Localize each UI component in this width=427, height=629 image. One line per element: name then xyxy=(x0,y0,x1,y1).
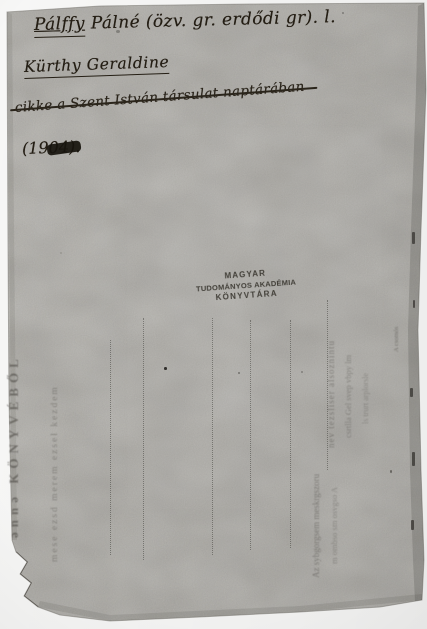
ink-speck xyxy=(116,30,120,33)
ink-speck xyxy=(203,96,206,98)
bleed-right-col-3: ls trurt arplorsle xyxy=(361,324,370,424)
ink-speck xyxy=(164,367,167,370)
ink-speck xyxy=(301,371,303,373)
bleed-right-edge-note: A csomós xyxy=(393,312,400,352)
bleed-right-col-4: Az sybgorgsem meskrgszoru xyxy=(311,446,321,578)
ink-speck xyxy=(390,470,392,473)
bleed-right-col-5: m ombso sm osvgso A xyxy=(329,452,339,564)
bleed-right-col-1: nev tezsliser alsoznintu xyxy=(326,298,336,448)
ink-speck xyxy=(342,12,344,14)
column-rule xyxy=(290,320,291,548)
bleed-left-outer-text: ənnə KÖNYVÉBŐL xyxy=(6,266,22,538)
handwriting-line-4-struck: (1904). xyxy=(22,137,81,158)
column-rule xyxy=(212,318,213,555)
ink-speck xyxy=(238,372,240,374)
column-rule xyxy=(110,340,111,555)
handwriting-name-underlined: Pálffy xyxy=(34,14,85,38)
bleed-right-col-2: csrtlla Gel svep vbpy lm xyxy=(343,306,353,438)
column-rule xyxy=(250,320,251,550)
handwriting-line-2: Kürthy Geraldine xyxy=(24,53,170,76)
ink-speck xyxy=(60,252,62,254)
bleed-left-inner-text: mese ezsd merem ezsel kezdem xyxy=(50,362,60,562)
column-rule xyxy=(143,318,144,560)
scanned-page: ənnə KÖNYVÉBŐL mese ezsd merem ezsel kez… xyxy=(0,0,427,629)
